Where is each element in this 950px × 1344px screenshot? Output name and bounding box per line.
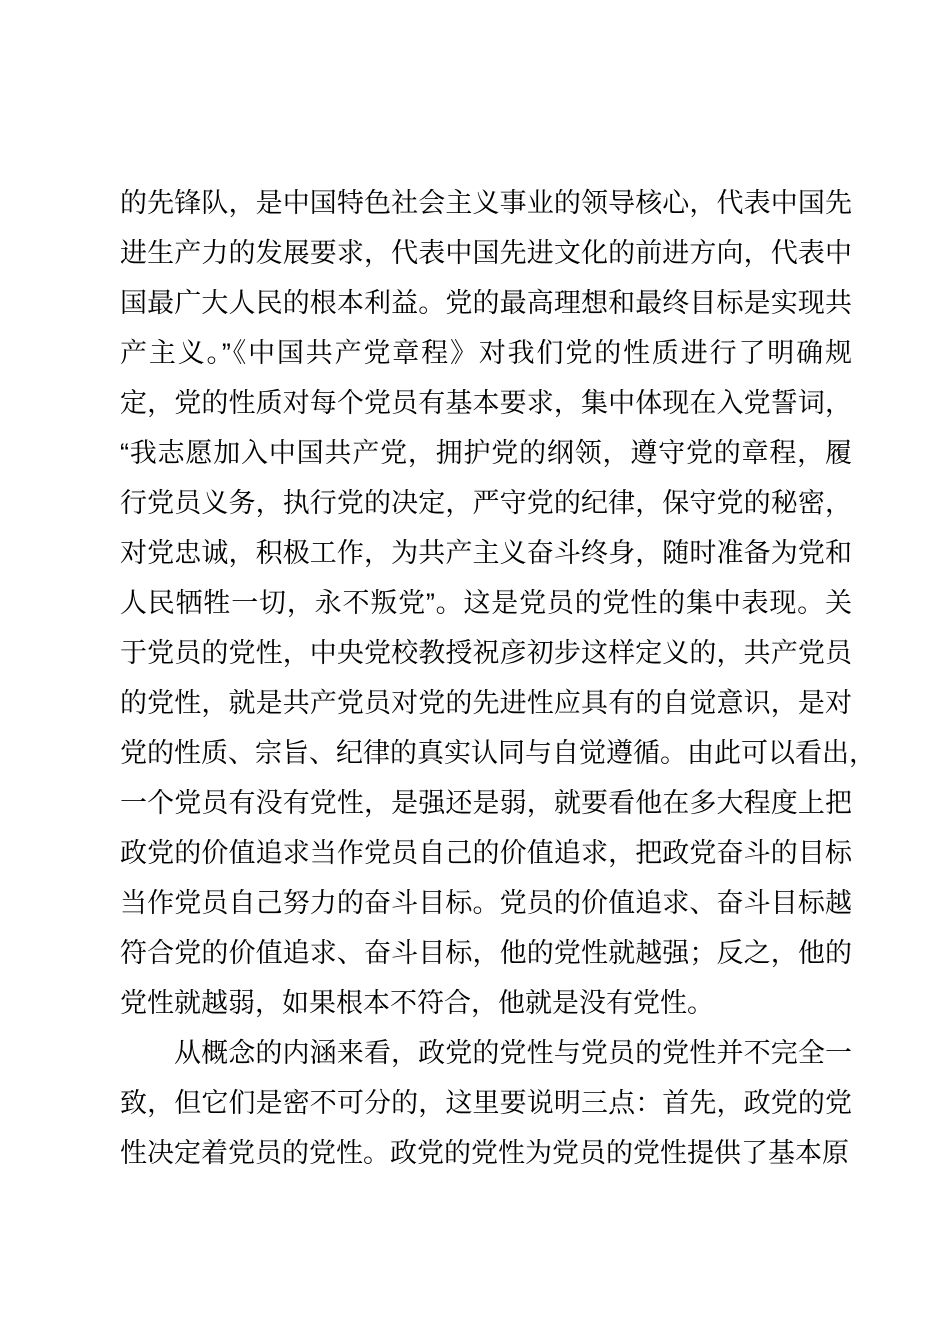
text-line: 进生产力的发展要求，代表中国先进文化的前进方向，代表中 — [120, 228, 852, 278]
text-line: 政党的价值追求当作党员自己的价值追求，把政党奋斗的目标 — [120, 828, 852, 878]
text-line: 行党员义务，执行党的决定，严守党的纪律，保守党的秘密， — [120, 478, 852, 528]
text-line: 一个党员有没有党性，是强还是弱，就要看他在多大程度上把 — [120, 778, 852, 828]
text-line: 从概念的内涵来看，政党的党性与党员的党性并不完全一 — [120, 1028, 852, 1078]
text-line: 符合党的价值追求、奋斗目标，他的党性就越强；反之，他的 — [120, 928, 852, 978]
text-line: 当作党员自己努力的奋斗目标。党员的价值追求、奋斗目标越 — [120, 878, 852, 928]
text-line: 致，但它们是密不可分的，这里要说明三点：首先，政党的党 — [120, 1078, 852, 1128]
text-line: “我志愿加入中国共产党，拥护党的纲领，遵守党的章程，履 — [120, 428, 852, 478]
text-line: 性决定着党员的党性。政党的党性为党员的党性提供了基本原 — [120, 1128, 852, 1178]
text-line: 党性就越弱，如果根本不符合，他就是没有党性。 — [120, 978, 852, 1028]
document-page: 的先锋队，是中国特色社会主义事业的领导核心，代表中国先 进生产力的发展要求，代表… — [0, 0, 950, 1344]
document-body-text: 的先锋队，是中国特色社会主义事业的领导核心，代表中国先 进生产力的发展要求，代表… — [120, 178, 852, 1178]
text-line: 人民牺牲一切，永不叛党”。这是党员的党性的集中表现。关 — [120, 578, 852, 628]
text-line: 对党忠诚，积极工作，为共产主义奋斗终身，随时准备为党和 — [120, 528, 852, 578]
text-line: 的先锋队，是中国特色社会主义事业的领导核心，代表中国先 — [120, 178, 852, 228]
text-line: 产主义。”《中国共产党章程》对我们党的性质进行了明确规 — [120, 328, 852, 378]
text-line: 党的性质、宗旨、纪律的真实认同与自觉遵循。由此可以看出， — [120, 728, 852, 778]
text-line: 定，党的性质对每个党员有基本要求，集中体现在入党誓词， — [120, 378, 852, 428]
text-line: 于党员的党性，中央党校教授祝彦初步这样定义的，共产党员 — [120, 628, 852, 678]
text-line: 国最广大人民的根本利益。党的最高理想和最终目标是实现共 — [120, 278, 852, 328]
text-line: 的党性，就是共产党员对党的先进性应具有的自觉意识，是对 — [120, 678, 852, 728]
